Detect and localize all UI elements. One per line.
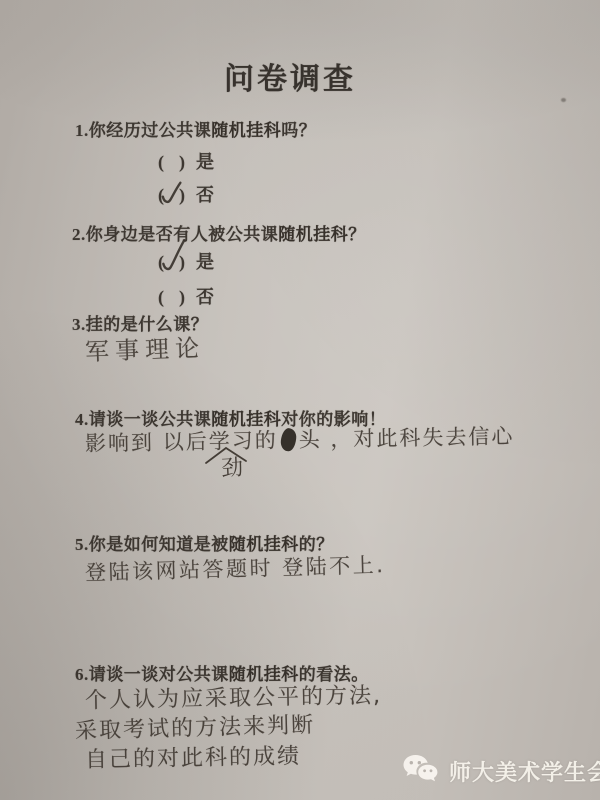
answer-4-post: 头 ，对此科失去信心: [298, 424, 514, 452]
watermark-label: 师大美术学生会: [449, 756, 600, 787]
checkmark-icon: [158, 178, 185, 209]
option-label: 是: [196, 252, 214, 272]
question-1-option-yes: ( )是: [158, 148, 214, 174]
questionnaire-photo: 问卷调查 1.你经历过公共课随机挂科吗？ ( )是 ( )否 2.你身边是否有人…: [0, 0, 600, 800]
checkbox-parens: ( ): [158, 287, 187, 308]
question-5-prefix: 5.你是如何知道是被: [75, 535, 229, 554]
option-label: 是: [196, 152, 214, 172]
option-label: 否: [196, 185, 214, 205]
question-2-bold: 随机挂科: [278, 225, 348, 244]
checkbox-parens: ( ): [158, 152, 187, 173]
question-2-text: 2.你身边是否有人被公共课随机挂科？: [72, 220, 366, 245]
wechat-icon: [402, 753, 442, 789]
answer-5-handwriting: 登陆该网站答题时 登陆不上.: [85, 549, 386, 587]
question-1-text: 1.你经历过公共课随机挂科吗？: [75, 116, 316, 141]
question-2-option-no: ( )否: [158, 283, 214, 309]
dust-speck: [561, 98, 566, 102]
answer-4-handwriting: 影响到 以后学习的头 ，对此科失去信心: [85, 420, 515, 457]
option-label: 否: [196, 287, 214, 307]
question-2-prefix: 2.你身边是否有人被公共课: [72, 225, 278, 244]
answer-3-handwriting: 军事理论: [84, 328, 205, 367]
question-1-suffix: 吗？: [281, 121, 316, 140]
question-1-prefix: 1.你经历过公共课: [75, 121, 211, 140]
answer-4-correction-char: 劲: [220, 450, 244, 482]
question-2-suffix: ？: [348, 225, 366, 244]
question-1-bold: 随机挂科: [211, 121, 281, 140]
page-title: 问卷调查: [0, 54, 580, 98]
ink-blot: [280, 427, 297, 451]
question-1-option-no: ( )否: [158, 181, 214, 207]
watermark: 师大美术学生会: [402, 753, 600, 789]
answer-6-line-3: 自己的对此科的成绩: [85, 739, 302, 774]
checkbox-parens: ( ): [158, 185, 187, 206]
question-2-option-yes: ( )是: [158, 248, 214, 274]
checkbox-parens: ( ): [158, 252, 187, 273]
